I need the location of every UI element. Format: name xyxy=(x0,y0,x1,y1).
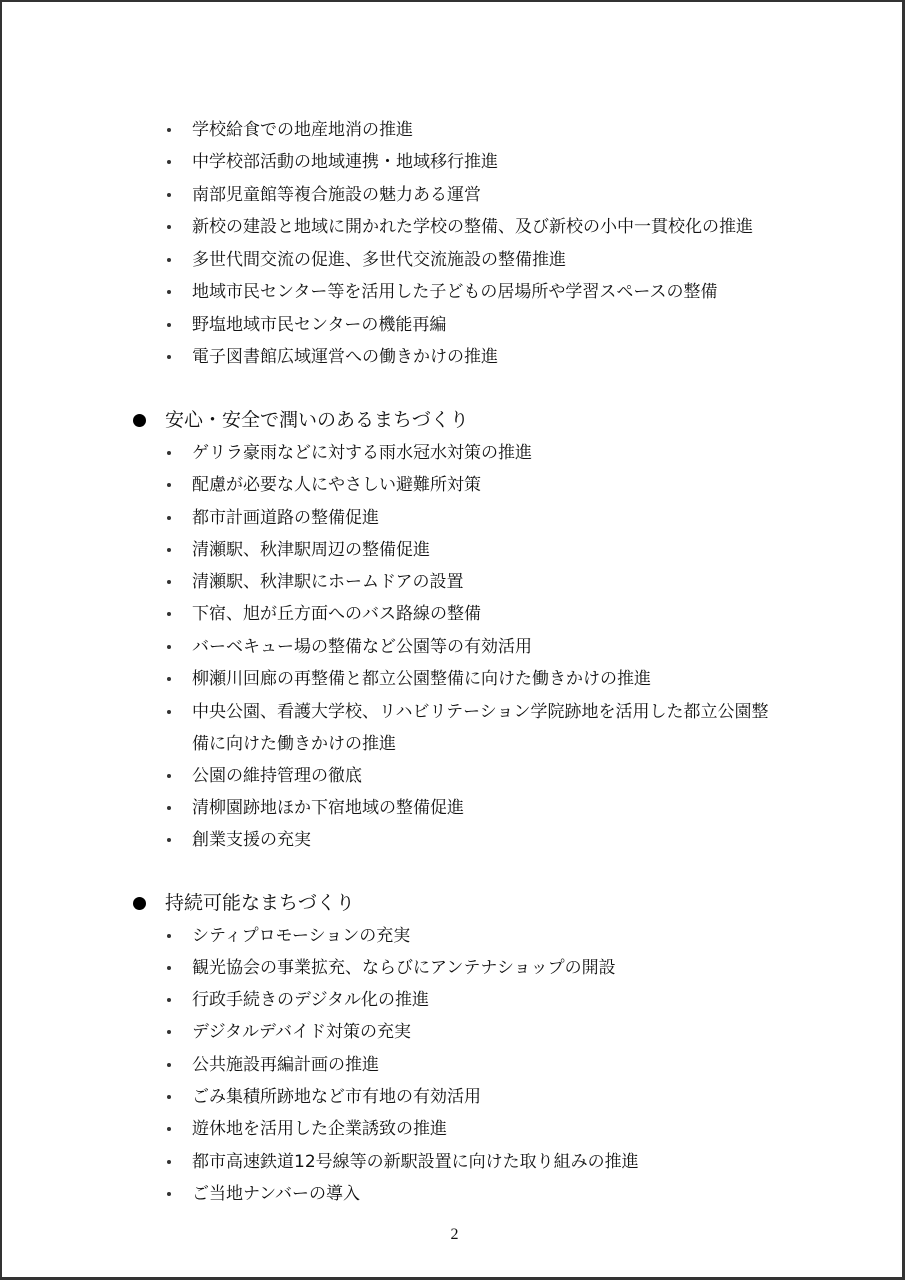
bullet-dot-icon xyxy=(167,128,171,132)
list-item: 柳瀬川回廊の再整備と都立公園整備に向けた働きかけの推進 xyxy=(2,663,905,695)
list-item: 電子図書館広域運営への働きかけの推進 xyxy=(2,341,905,373)
list-item: ごみ集積所跡地など市有地の有効活用 xyxy=(2,1081,905,1113)
list-item: 中央公園、看護大学校、リハビリテーション学院跡地を活用した都立公園整 xyxy=(2,696,905,728)
bullet-dot-icon xyxy=(167,483,171,487)
section-heading: 持続可能なまちづくり xyxy=(2,886,905,920)
bullet-dot-icon xyxy=(167,934,171,938)
list-item: 観光協会の事業拡充、ならびにアンテナショップの開設 xyxy=(2,952,905,984)
bullet-dot-icon xyxy=(167,580,171,584)
list-item: 野塩地域市民センターの機能再編 xyxy=(2,309,905,341)
list-item: 地域市民センター等を活用した子どもの居場所や学習スペースの整備 xyxy=(2,276,905,308)
bullet-dot-icon xyxy=(167,193,171,197)
page-number: 2 xyxy=(2,1226,905,1244)
list-item: 学校給食での地産地消の推進 xyxy=(2,114,905,146)
bullet-circle-icon xyxy=(133,897,146,910)
bullet-dot-icon xyxy=(167,548,171,552)
bullet-dot-icon xyxy=(167,290,171,294)
bullet-dot-icon xyxy=(167,1160,171,1164)
bullet-dot-icon xyxy=(167,1030,171,1034)
bullet-dot-icon xyxy=(167,806,171,810)
bullet-dot-icon xyxy=(167,225,171,229)
list-item: 下宿、旭が丘方面へのバス路線の整備 xyxy=(2,598,905,630)
bullet-dot-icon xyxy=(167,838,171,842)
bullet-dot-icon xyxy=(167,451,171,455)
list-item: 南部児童館等複合施設の魅力ある運営 xyxy=(2,179,905,211)
bullet-dot-icon xyxy=(167,774,171,778)
list-item: 清瀬駅、秋津駅周辺の整備促進 xyxy=(2,534,905,566)
bullet-dot-icon xyxy=(167,258,171,262)
list-item: 公共施設再編計画の推進 xyxy=(2,1049,905,1081)
list-item: 清柳園跡地ほか下宿地域の整備促進 xyxy=(2,792,905,824)
list-item-continuation: 備に向けた働きかけの推進 xyxy=(2,728,905,760)
list-item: 遊休地を活用した企業誘致の推進 xyxy=(2,1113,905,1145)
list-item: ご当地ナンバーの導入 xyxy=(2,1178,905,1210)
bullet-dot-icon xyxy=(167,516,171,520)
bullet-dot-icon xyxy=(167,612,171,616)
list-item: 多世代間交流の促進、多世代交流施設の整備推進 xyxy=(2,244,905,276)
bullet-dot-icon xyxy=(167,1127,171,1131)
list-item: 清瀬駅、秋津駅にホームドアの設置 xyxy=(2,566,905,598)
list-item: 公園の維持管理の徹底 xyxy=(2,760,905,792)
list-item: シティプロモーションの充実 xyxy=(2,920,905,952)
list-item: 都市高速鉄道12号線等の新駅設置に向けた取り組みの推進 xyxy=(2,1146,905,1178)
bullet-dot-icon xyxy=(167,966,171,970)
list-item: バーベキュー場の整備など公園等の有効活用 xyxy=(2,631,905,663)
bullet-dot-icon xyxy=(167,1095,171,1099)
list-item: デジタルデバイド対策の充実 xyxy=(2,1016,905,1048)
bullet-dot-icon xyxy=(167,998,171,1002)
section-heading: 安心・安全で潤いのあるまちづくり xyxy=(2,403,905,437)
bullet-dot-icon xyxy=(167,677,171,681)
document-page: 学校給食での地産地消の推進 中学校部活動の地域連携・地域移行推進 南部児童館等複… xyxy=(0,0,905,1280)
list-item: ゲリラ豪雨などに対する雨水冠水対策の推進 xyxy=(2,437,905,469)
bullet-dot-icon xyxy=(167,160,171,164)
bullet-dot-icon xyxy=(167,710,171,714)
bullet-circle-icon xyxy=(133,414,146,427)
list-item: 創業支援の充実 xyxy=(2,824,905,856)
list-item: 中学校部活動の地域連携・地域移行推進 xyxy=(2,146,905,178)
bullet-dot-icon xyxy=(167,323,171,327)
bullet-dot-icon xyxy=(167,1192,171,1196)
bullet-dot-icon xyxy=(167,645,171,649)
list-item: 配慮が必要な人にやさしい避難所対策 xyxy=(2,469,905,501)
list-item: 行政手続きのデジタル化の推進 xyxy=(2,984,905,1016)
bullet-dot-icon xyxy=(167,355,171,359)
bullet-dot-icon xyxy=(167,1063,171,1067)
list-item: 新校の建設と地域に開かれた学校の整備、及び新校の小中一貫校化の推進 xyxy=(2,211,905,243)
list-item: 都市計画道路の整備促進 xyxy=(2,502,905,534)
